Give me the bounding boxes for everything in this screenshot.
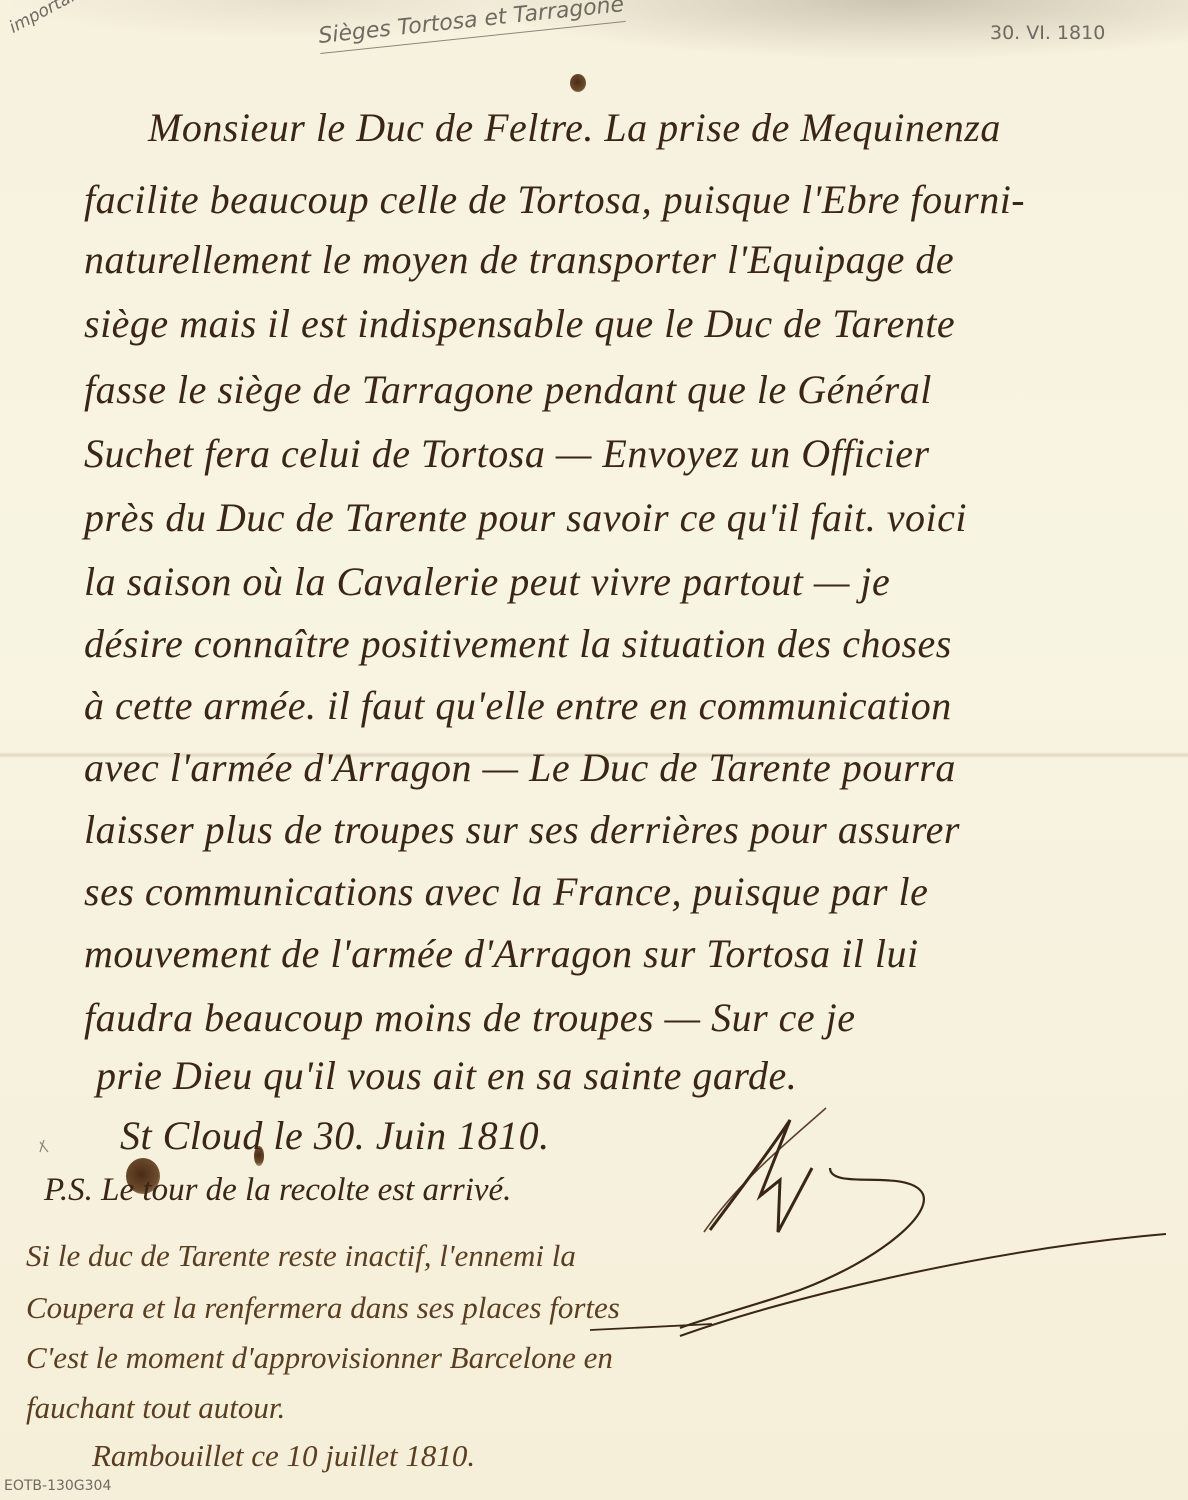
postscript-line: P.S. Le tour de la recolte est arrivé. bbox=[44, 1172, 511, 1209]
postscript-line: Coupera et la renfermera dans ses places… bbox=[26, 1290, 620, 1326]
postscript-line: fauchant tout autour. bbox=[26, 1390, 285, 1426]
postscript-line: Si le duc de Tarente reste inactif, l'en… bbox=[26, 1238, 576, 1274]
postscript-dateline: Rambouillet ce 10 juillet 1810. bbox=[92, 1438, 475, 1474]
postscript-line: C'est le moment d'approvisionner Barcelo… bbox=[26, 1340, 613, 1376]
signature bbox=[0, 0, 1188, 1500]
